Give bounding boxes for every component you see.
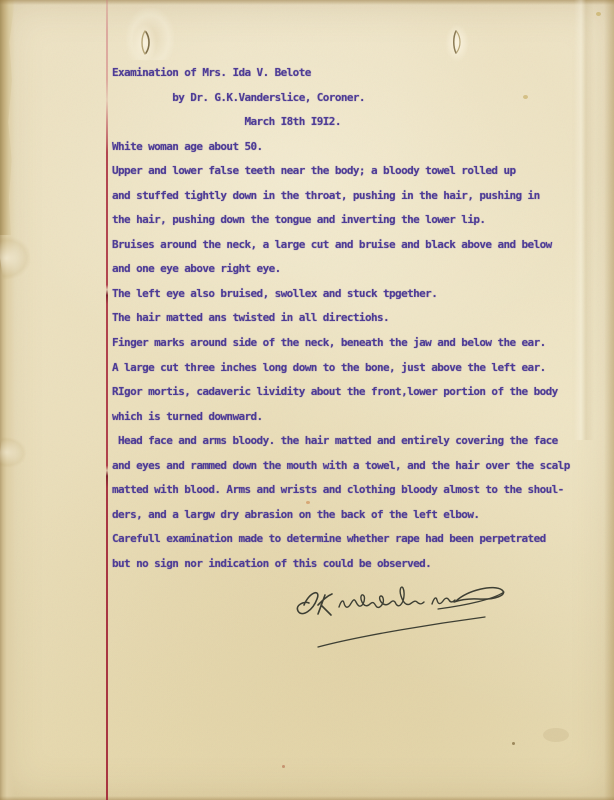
typed-line: Head face and arms bloody. the hair matt… bbox=[112, 429, 570, 454]
typed-line: White woman age about 50. bbox=[112, 135, 570, 160]
page-bottom-edge bbox=[0, 796, 614, 800]
typed-line: A large cut three inches long down to th… bbox=[112, 356, 570, 381]
typed-line: but no sign nor indication of this could… bbox=[112, 552, 570, 577]
stain bbox=[282, 765, 285, 768]
stain bbox=[512, 742, 515, 745]
punch-hole-right bbox=[449, 28, 465, 58]
typed-line: the hair, pushing down the tongue and in… bbox=[112, 208, 570, 233]
paper-crease-left-lower bbox=[0, 437, 27, 470]
typed-line: and one eye above right eye. bbox=[112, 257, 570, 282]
paper-crease-left-upper bbox=[0, 234, 33, 280]
typed-line: which is turned downward. bbox=[112, 405, 570, 430]
stain bbox=[543, 728, 569, 742]
typed-line: Upper and lower false teeth near the bod… bbox=[112, 159, 570, 184]
typed-text: Examination of Mrs. Ida V. Belote by Dr.… bbox=[112, 61, 570, 601]
typed-line: RIgor mortis, cadaveric lividity about t… bbox=[112, 380, 570, 405]
typed-line: The left eye also bruised, swollex and s… bbox=[112, 282, 570, 307]
typed-line: ders, and a largw dry abrasion on the ba… bbox=[112, 503, 570, 528]
page-right-edge bbox=[604, 0, 614, 800]
typed-line: Finger marks around side of the neck, be… bbox=[112, 331, 570, 356]
typed-line: Carefull examination made to determine w… bbox=[112, 527, 570, 552]
typed-line: and stuffed tightly down in the throat, … bbox=[112, 184, 570, 209]
page-top-edge bbox=[0, 0, 614, 5]
typed-line: and eyes and rammed down the mouth with … bbox=[112, 454, 570, 479]
typed-line: The hair matted ans twisted in all direc… bbox=[112, 306, 570, 331]
red-margin-line bbox=[106, 0, 108, 800]
handwritten-signature bbox=[288, 583, 518, 657]
document-page: Examination of Mrs. Ida V. Belote by Dr.… bbox=[0, 0, 614, 800]
typed-line: matted with blood. Arms and wrists and c… bbox=[112, 478, 570, 503]
typed-line: Bruises around the neck, a large cut and… bbox=[112, 233, 570, 258]
typed-line: by Dr. G.K.Vanderslice, Coroner. bbox=[112, 86, 570, 111]
typed-line: March I8th I9I2. bbox=[112, 110, 570, 135]
punch-hole-left bbox=[137, 28, 153, 58]
typed-line: Examination of Mrs. Ida V. Belote bbox=[112, 61, 570, 86]
paper-crease-right bbox=[574, 0, 598, 440]
